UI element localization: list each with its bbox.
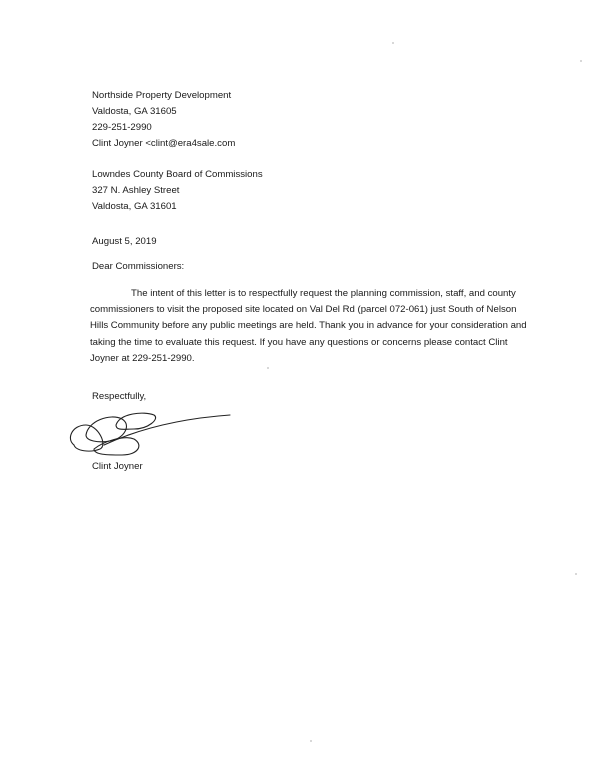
scan-speck xyxy=(392,42,394,44)
signer-name: Clint Joyner xyxy=(92,459,143,475)
recipient-street: 327 N. Ashley Street xyxy=(92,183,263,199)
letter-date: August 5, 2019 xyxy=(92,234,157,250)
letter-page: Northside Property Development Valdosta,… xyxy=(0,0,600,777)
signature-icon xyxy=(64,405,234,460)
scan-speck xyxy=(575,573,577,575)
sender-city: Valdosta, GA 31605 xyxy=(92,104,235,120)
scan-speck xyxy=(580,60,582,62)
letter-body: The intent of this letter is to respectf… xyxy=(90,286,535,367)
closing: Respectfully, xyxy=(92,389,146,405)
recipient-city: Valdosta, GA 31601 xyxy=(92,199,263,215)
sender-address: Northside Property Development Valdosta,… xyxy=(92,88,235,152)
sender-company: Northside Property Development xyxy=(92,88,235,104)
salutation: Dear Commissioners: xyxy=(92,259,184,275)
sender-phone: 229-251-2990 xyxy=(92,120,235,136)
scan-speck xyxy=(267,367,269,369)
recipient-name: Lowndes County Board of Commissions xyxy=(92,167,263,183)
recipient-address: Lowndes County Board of Commissions 327 … xyxy=(92,167,263,215)
scan-speck xyxy=(310,740,312,742)
sender-contact: Clint Joyner <clint@era4sale.com xyxy=(92,136,235,152)
